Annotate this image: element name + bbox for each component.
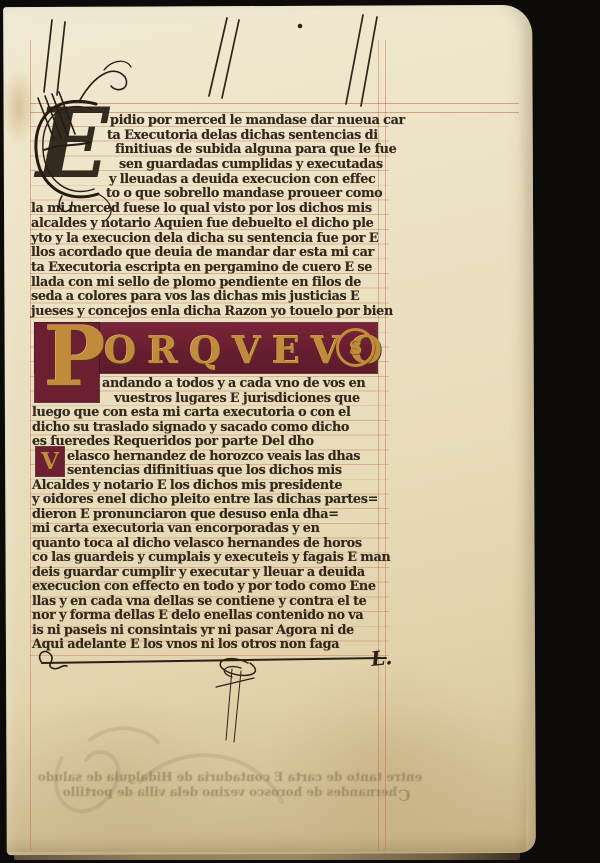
text-line: mi carta executoria van encorporadas y e…: [32, 521, 320, 536]
text-line: seda a colores para vos las dichas mis j…: [31, 289, 359, 304]
text-line: ta Executoria escripta en pergamino de c…: [31, 260, 372, 275]
text-line: Alcaldes y notario E los dichos mis pres…: [32, 478, 342, 493]
rubric-initial-p: P: [44, 316, 106, 398]
text-line: yto y la execucion dela dicha su sentenc…: [31, 231, 378, 246]
text-line: execucion con effecto en todo y por todo…: [32, 579, 376, 594]
text-line: llos acordado que deuia de mandar dar es…: [31, 245, 374, 260]
rubric-final-s: S: [349, 337, 363, 359]
text-line: deis guardar cumplir y executar y lleuar…: [32, 565, 365, 580]
text-line: quanto toca al dicho velasco hernandes d…: [32, 536, 362, 551]
manuscript-photo: E pidio por merced le mandase dar nueua …: [0, 0, 600, 863]
text-line: finitiuas de subida alguna para que le f…: [115, 142, 396, 157]
verso-showthrough-text: entre tanto de carta E contaduria de Hid…: [20, 770, 440, 784]
text-line: la mi merced fuese lo qual visto por los…: [31, 201, 372, 216]
verso-showthrough-text: hernandes de horosco vezino dela villa d…: [20, 785, 440, 799]
text-line: nor y forma dellas E delo enellas conten…: [32, 608, 363, 623]
text-line: alcaldes y notario Aquien fue debuelto e…: [31, 216, 373, 231]
text-line: dieron E pronunciaron que desuso enla dh…: [32, 507, 339, 522]
verso-corner-mark: C: [398, 786, 411, 805]
text-line: pidio por merced le mandase dar nueua ca…: [110, 113, 405, 128]
text-line: ta Executoria delas dichas sentencias di: [107, 128, 378, 143]
gold-initial-v: V: [41, 448, 59, 475]
cadel-initial-e: E: [36, 96, 109, 192]
gold-initial-v-box: V: [36, 447, 64, 476]
text-line: vuestros lugares E jurisdiciones que: [114, 391, 360, 406]
text-line: andando a todos y a cada vno de vos en: [102, 376, 365, 391]
text-line: y lleuadas a deuida execucion con effec: [109, 172, 375, 187]
text-line: llada con mi sello de plomo pendiente en…: [31, 275, 361, 290]
text-line: llas y en cada vna dellas se contiene y …: [32, 594, 366, 609]
text-line: luego que con esta mi carta executoria o…: [32, 405, 350, 420]
text-line: Aqui adelante E los vnos ni los otros no…: [32, 637, 339, 652]
text-line: sen guardadas cumplidas y executadas: [119, 157, 383, 172]
margin-ruling-left: [30, 40, 31, 851]
text-line: es fueredes Requeridos por parte Del dho: [32, 434, 314, 449]
rubric-letters: ORQVEVO: [104, 328, 344, 372]
text-line: dicho su traslado signado y sacado como …: [32, 420, 349, 435]
text-line: to o que sobrello mandase proueer como: [106, 186, 382, 201]
text-line: is ni paseis ni consintais yr ni pasar A…: [32, 623, 354, 638]
text-line: y oidores enel dicho pleito entre las di…: [32, 492, 378, 507]
text-line: sentencias difinitiuas que los dichos mi…: [67, 463, 342, 478]
text-line: elasco hernandez de horozco veais las dh…: [67, 449, 360, 464]
text-line: co las guardeis y cumplais y executeis y…: [32, 550, 390, 565]
rubric-final-s-in-o: S: [336, 328, 375, 367]
margin-ruling-right: [385, 40, 386, 851]
closing-rubric-mark: L.: [370, 645, 393, 671]
